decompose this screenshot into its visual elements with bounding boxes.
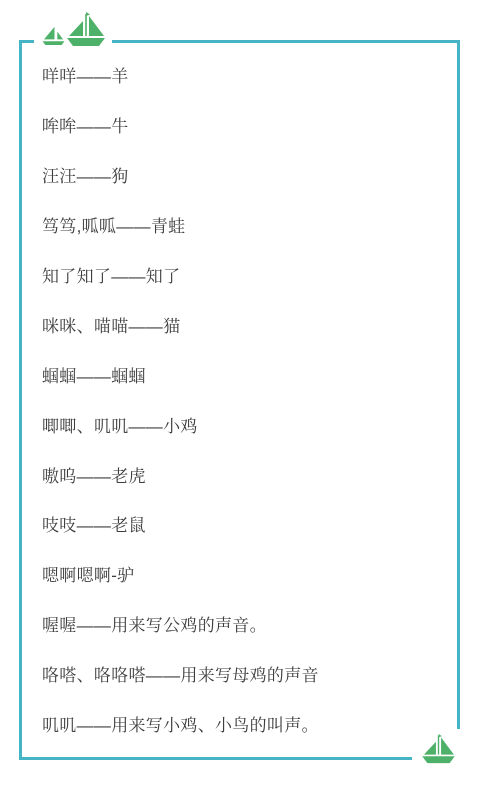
list-item: 吱吱——老鼠 bbox=[42, 499, 442, 549]
list-item: 喔喔——用来写公鸡的声音。 bbox=[42, 599, 442, 649]
sailboat-large-icon bbox=[66, 12, 106, 47]
list-item: 咯嗒、咯咯嗒——用来写母鸡的声音 bbox=[42, 649, 442, 699]
list-item: 唧唧、叽叽——小鸡 bbox=[42, 399, 442, 449]
list-item: 咪咪、喵喵——猫 bbox=[42, 299, 442, 349]
sailboat-small-icon bbox=[42, 25, 65, 46]
onomatopoeia-list: 咩咩——羊 哞哞——牛 汪汪——狗 笃笃,呱呱——青蛙 知了知了——知了 咪咪、… bbox=[42, 50, 442, 748]
list-item: 笃笃,呱呱——青蛙 bbox=[42, 200, 442, 250]
page: 咩咩——羊 哞哞——牛 汪汪——狗 笃笃,呱呱——青蛙 知了知了——知了 咪咪、… bbox=[0, 0, 480, 793]
list-item: 蝈蝈——蝈蝈 bbox=[42, 349, 442, 399]
list-item: 嗷呜——老虎 bbox=[42, 449, 442, 499]
list-item: 知了知了——知了 bbox=[42, 250, 442, 300]
list-item: 咩咩——羊 bbox=[42, 50, 442, 100]
list-item: 叽叽——用来写小鸡、小鸟的叫声。 bbox=[42, 699, 442, 749]
list-item: 汪汪——狗 bbox=[42, 150, 442, 200]
list-item: 哞哞——牛 bbox=[42, 100, 442, 150]
list-item: 嗯啊嗯啊-驴 bbox=[42, 549, 442, 599]
